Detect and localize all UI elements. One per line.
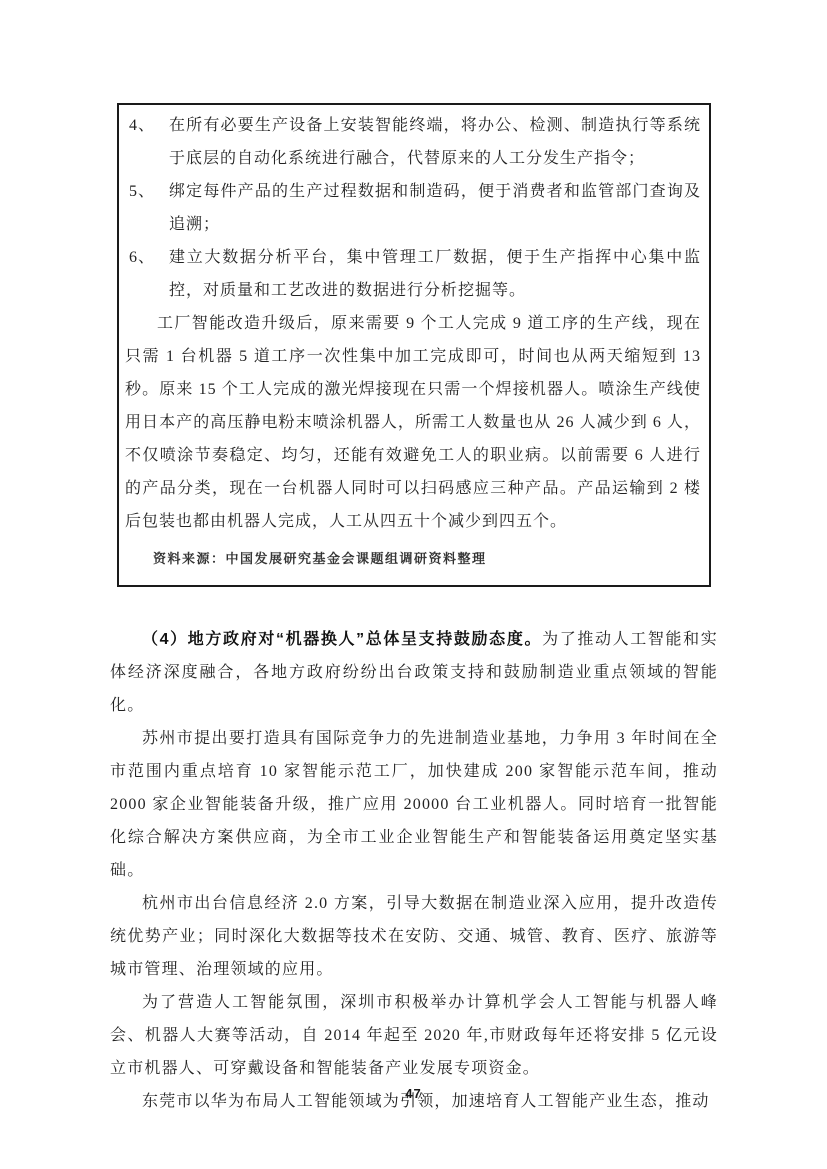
list-item: 5、 绑定每件产品的生产过程数据和制造码，便于消费者和监管部门查询及追溯； (125, 175, 701, 241)
list-item: 4、 在所有必要生产设备上安装智能终端，将办公、检测、制造执行等系统于底层的自动… (125, 109, 701, 175)
list-item-marker: 4、 (125, 109, 169, 175)
body-paragraph: 为了营造人工智能氛围，深圳市积极举办计算机学会人工智能与机器人峰会、机器人大赛等… (110, 986, 718, 1085)
list-item-text: 绑定每件产品的生产过程数据和制造码，便于消费者和监管部门查询及追溯； (169, 175, 701, 241)
callout-box: 4、 在所有必要生产设备上安装智能终端，将办公、检测、制造执行等系统于底层的自动… (117, 103, 711, 587)
page-number: 47 (0, 1086, 827, 1101)
list-item-marker: 6、 (125, 241, 169, 307)
body-paragraph: 苏州市提出要打造具有国际竞争力的先进制造业基地，力争用 3 年时间在全市范围内重… (110, 722, 718, 887)
body-paragraph: 杭州市出台信息经济 2.0 方案，引导大数据在制造业深入应用，提升改造传统优势产… (110, 887, 718, 986)
section-heading: （4）地方政府对“机器换人”总体呈支持鼓励态度。 (142, 631, 542, 648)
list-item-text: 在所有必要生产设备上安装智能终端，将办公、检测、制造执行等系统于底层的自动化系统… (169, 109, 701, 175)
document-page: 4、 在所有必要生产设备上安装智能终端，将办公、检测、制造执行等系统于底层的自动… (0, 0, 827, 1169)
body-text: （4）地方政府对“机器换人”总体呈支持鼓励态度。为了推动人工智能和实体经济深度融… (110, 623, 718, 1118)
list-item-text: 建立大数据分析平台，集中管理工厂数据，便于生产指挥中心集中监控，对质量和工艺改进… (169, 241, 701, 307)
list-item-marker: 5、 (125, 175, 169, 241)
section-heading-paragraph: （4）地方政府对“机器换人”总体呈支持鼓励态度。为了推动人工智能和实体经济深度融… (110, 623, 718, 722)
source-note: 资料来源：中国发展研究基金会课题组调研资料整理 (125, 549, 701, 577)
case-study-paragraph: 工厂智能改造升级后，原来需要 9 个工人完成 9 道工序的生产线，现在只需 1 … (125, 307, 701, 538)
list-item: 6、 建立大数据分析平台，集中管理工厂数据，便于生产指挥中心集中监控，对质量和工… (125, 241, 701, 307)
